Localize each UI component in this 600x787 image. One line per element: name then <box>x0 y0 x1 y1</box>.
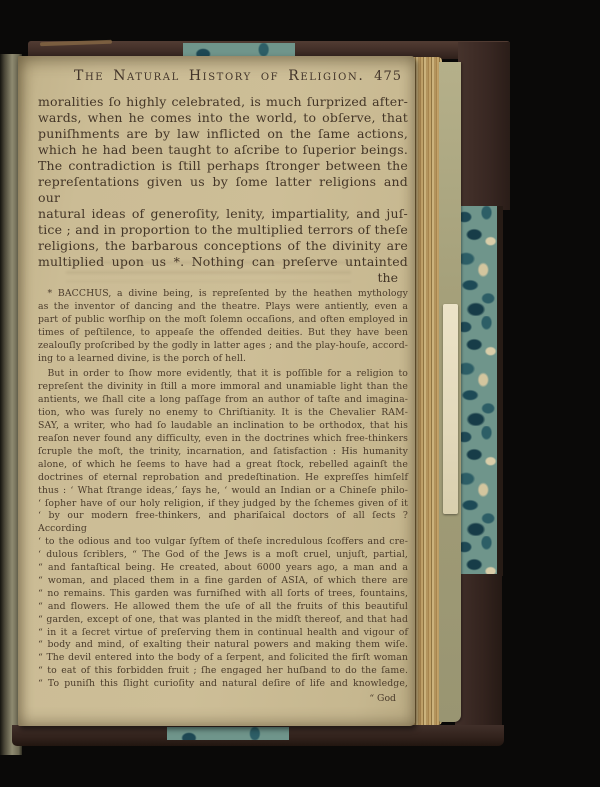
footnote-line: ‘ by our modern free-thinkers, and phari… <box>38 510 408 536</box>
footnote-line: “ and flowers. He allowed them the uſe o… <box>38 601 408 614</box>
footnote-line: “ woman, and placed them in a fine garde… <box>38 575 408 588</box>
footnote-line: part of public worſhip on the moſt ſolem… <box>38 314 408 327</box>
footnote-line: “ garden, except of one, that was plante… <box>38 614 408 627</box>
body-text-line: The contradiction is ſtill perhaps ſtron… <box>38 158 408 174</box>
body-text-line: moralities ſo highly celebrated, is much… <box>38 94 408 110</box>
footnote-line: tion, who was ſurely no enemy to Chriſti… <box>38 407 408 420</box>
marbled-board-bottom-edge <box>167 727 289 740</box>
footnote-line: ‘ dulous ſcriblers, “ The God of the Jew… <box>38 549 408 562</box>
body-text-line: religions, the barbarous conceptions of … <box>38 238 408 254</box>
cover-board-shadow-edge <box>497 206 503 576</box>
leather-cover-right-edge-top <box>458 42 510 210</box>
body-text-line: repreſentations given us by ſome latter … <box>38 174 408 206</box>
body-text-line: tice ; and in proportion to the multipli… <box>38 222 408 238</box>
footnote-line: repreſent the divinity in ſtill a more i… <box>38 381 408 394</box>
body-text-line: wards, when he comes into the world, to … <box>38 110 408 126</box>
page-fore-edges <box>412 57 442 725</box>
body-text-line: which he had been taught to aſcribe to ſ… <box>38 142 408 158</box>
footnote-line: ſcruple the moſt, the trinity, incarnati… <box>38 446 408 459</box>
footnote-line: “ no remains. This garden was furniſhed … <box>38 588 408 601</box>
page-number: 475 <box>374 69 402 84</box>
bookmark-tab <box>443 304 458 514</box>
footnote-line: “ To puniſh this ſlight curioſity and na… <box>38 678 408 691</box>
footnote-block: * BACCHUS, a divine being, is repreſente… <box>38 288 408 705</box>
marbled-board-right-edge <box>457 206 498 576</box>
footnote-line: “ body and mind, of exalting their natur… <box>38 639 408 652</box>
footnote-line: “ The devil entered into the body of a ſ… <box>38 652 408 665</box>
ink-showthrough <box>66 258 351 282</box>
footnote-line: * BACCHUS, a divine being, is repreſente… <box>38 288 408 301</box>
footnote-line: zealouſly proſcribed by the godly in lat… <box>38 340 408 353</box>
footnote-line: “ to eat of this forbidden fruit ; ſhe e… <box>38 665 408 678</box>
footnote-line: “ and fantaſtical being. He created, abo… <box>38 562 408 575</box>
footnote-line: reaſon never found any difficulty, even … <box>38 433 408 446</box>
footnote-line: antients, we ſhall cite a long paſſage f… <box>38 394 408 407</box>
footnote-line: SAY, a writer, who had ſo laudable an in… <box>38 420 408 433</box>
footnote-line: “ in it a ſecret virtue of preſerving th… <box>38 627 408 640</box>
leather-cover-right-edge-bottom <box>455 574 502 729</box>
footnote-line: But in order to ſhow more evidently, tha… <box>38 368 408 381</box>
footnote-line: alone, of which he ſeems to have had a g… <box>38 459 408 472</box>
footnote-paragraph-1: * BACCHUS, a divine being, is repreſente… <box>38 288 408 353</box>
book-page: The Natural History of Religion. 475 mor… <box>18 56 415 726</box>
footnote-line: ‘ to the odious and too vulgar ſyſtem of… <box>38 536 408 549</box>
page-header: The Natural History of Religion. 475 <box>38 68 408 86</box>
body-text-line: puniſhments are by law inflicted on the … <box>38 126 408 142</box>
footnote-line: ing to a learned divine, is the porch of… <box>38 353 408 366</box>
footnote-line: thus : ‘ What ſtrange ideas,’ ſays he, ‘… <box>38 485 408 498</box>
body-text-line: natural ideas of generoſity, lenity, imp… <box>38 206 408 222</box>
footnote-line: ‘ ſopher have of our holy religion, if t… <box>38 498 408 511</box>
footnote-line: doctrines of eternal reprobation and pre… <box>38 472 408 485</box>
footnote-line: times of peſtilence, to appeaſe the offe… <box>38 327 408 340</box>
footnote-line: as the inventor of dancing and the theat… <box>38 301 408 314</box>
main-text-lines: moralities ſo highly celebrated, is much… <box>38 94 408 270</box>
footnote-catchword: “ God <box>38 692 408 705</box>
footnote-paragraph-2: But in order to ſhow more evidently, tha… <box>38 368 408 691</box>
running-title: The Natural History of Religion. <box>74 68 364 84</box>
book-photo: The Natural History of Religion. 475 mor… <box>0 0 600 787</box>
